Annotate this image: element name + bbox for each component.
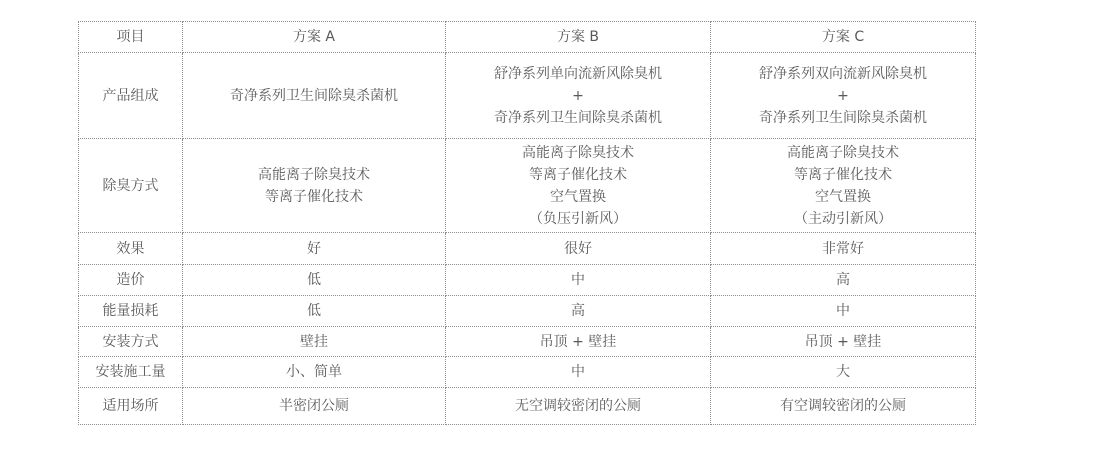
row-label-product-composition: 产品组成 — [79, 53, 183, 139]
cell-product-composition-plan-c: 舒净系列双向流新风除臭机 + 奇净系列卫生间除臭杀菌机 — [711, 53, 976, 139]
cell-cost-plan-c: 高 — [711, 265, 976, 296]
table-row-deodorization-method: 除臭方式 高能离子除臭技术 等离子催化技术 高能离子除臭技术 等离子催化技术 空… — [79, 139, 976, 233]
table-row-installation-method: 安装方式 壁挂 吊顶 + 壁挂 吊顶 + 壁挂 — [79, 327, 976, 357]
column-header-plan-c: 方案 C — [711, 22, 976, 53]
row-label-effect: 效果 — [79, 233, 183, 265]
cell-installation-method-plan-b: 吊顶 + 壁挂 — [446, 327, 711, 357]
column-header-plan-b: 方案 B — [446, 22, 711, 53]
cell-energy-consumption-plan-b: 高 — [446, 296, 711, 327]
table-row-energy-consumption: 能量损耗 低 高 中 — [79, 296, 976, 327]
row-label-cost: 造价 — [79, 265, 183, 296]
cell-product-composition-plan-b: 舒净系列单向流新风除臭机 + 奇净系列卫生间除臭杀菌机 — [446, 53, 711, 139]
row-label-installation-method: 安装方式 — [79, 327, 183, 357]
table-row-cost: 造价 低 中 高 — [79, 265, 976, 296]
comparison-table-container: 项目 方案 A 方案 B 方案 C 产品组成 奇净系列卫生间除臭杀菌机 舒净系列… — [78, 21, 976, 425]
cell-deodorization-method-plan-b: 高能离子除臭技术 等离子催化技术 空气置换 （负压引新风） — [446, 139, 711, 233]
cell-deodorization-method-plan-c: 高能离子除臭技术 等离子催化技术 空气置换 （主动引新风） — [711, 139, 976, 233]
cell-energy-consumption-plan-a: 低 — [183, 296, 446, 327]
cell-effect-plan-a: 好 — [183, 233, 446, 265]
table-header-row: 项目 方案 A 方案 B 方案 C — [79, 22, 976, 53]
row-label-installation-workload: 安装施工量 — [79, 357, 183, 388]
cell-installation-method-plan-a: 壁挂 — [183, 327, 446, 357]
cell-deodorization-method-plan-a: 高能离子除臭技术 等离子催化技术 — [183, 139, 446, 233]
column-header-item: 项目 — [79, 22, 183, 53]
cell-applicable-places-plan-a: 半密闭公厕 — [183, 388, 446, 425]
cell-applicable-places-plan-b: 无空调较密闭的公厕 — [446, 388, 711, 425]
table-row-product-composition: 产品组成 奇净系列卫生间除臭杀菌机 舒净系列单向流新风除臭机 + 奇净系列卫生间… — [79, 53, 976, 139]
cell-installation-workload-plan-b: 中 — [446, 357, 711, 388]
row-label-energy-consumption: 能量损耗 — [79, 296, 183, 327]
cell-cost-plan-b: 中 — [446, 265, 711, 296]
cell-energy-consumption-plan-c: 中 — [711, 296, 976, 327]
comparison-table: 项目 方案 A 方案 B 方案 C 产品组成 奇净系列卫生间除臭杀菌机 舒净系列… — [78, 21, 976, 425]
cell-product-composition-plan-a: 奇净系列卫生间除臭杀菌机 — [183, 53, 446, 139]
column-header-plan-a: 方案 A — [183, 22, 446, 53]
cell-effect-plan-b: 很好 — [446, 233, 711, 265]
cell-installation-workload-plan-a: 小、简单 — [183, 357, 446, 388]
row-label-deodorization-method: 除臭方式 — [79, 139, 183, 233]
cell-applicable-places-plan-c: 有空调较密闭的公厕 — [711, 388, 976, 425]
cell-effect-plan-c: 非常好 — [711, 233, 976, 265]
table-row-installation-workload: 安装施工量 小、简单 中 大 — [79, 357, 976, 388]
cell-installation-workload-plan-c: 大 — [711, 357, 976, 388]
table-row-applicable-places: 适用场所 半密闭公厕 无空调较密闭的公厕 有空调较密闭的公厕 — [79, 388, 976, 425]
cell-cost-plan-a: 低 — [183, 265, 446, 296]
row-label-applicable-places: 适用场所 — [79, 388, 183, 425]
cell-installation-method-plan-c: 吊顶 + 壁挂 — [711, 327, 976, 357]
table-row-effect: 效果 好 很好 非常好 — [79, 233, 976, 265]
